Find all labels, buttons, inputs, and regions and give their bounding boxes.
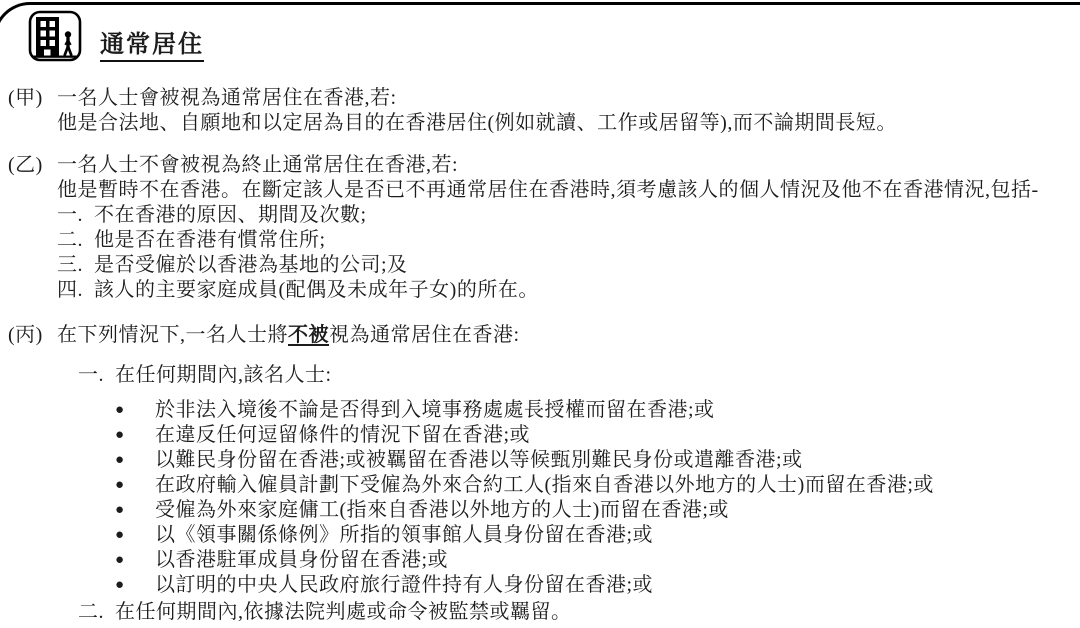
list-item-text: 在任何期間內,依據法院判處或命令被監禁或羈留。	[115, 600, 572, 625]
section-c-text-suffix: 視為通常居住在香港:	[329, 324, 520, 346]
list-item-text: 該人的主要家庭成員(配偶及未成年子女)的所在。	[94, 278, 539, 303]
bullet-text: 以香港駐軍成員身份留在香港;或	[155, 548, 448, 573]
section-a: (甲) 一名人士會被視為通常居住在香港,若: 他是合法地、自願地和以定居為目的在…	[0, 86, 1080, 136]
bullet-icon: ●	[115, 398, 155, 423]
header: 通常居住	[28, 10, 1080, 62]
section-a-label: (甲)	[8, 86, 57, 136]
bullet-item: ● 受僱為外來家庭傭工(指來自香港以外地方的人士)而留在香港;或	[115, 498, 1080, 523]
list-item-text: 是否受僱於以香港為基地的公司;及	[94, 253, 408, 278]
page-title: 通常居住	[100, 33, 204, 62]
list-item: 二. 在任何期間內,依據法院判處或命令被監禁或羈留。	[78, 600, 1080, 625]
bullet-icon: ●	[115, 498, 155, 523]
section-c-emphasis: 不被	[288, 324, 329, 346]
list-item-number: 一.	[57, 203, 94, 228]
bullet-item: ● 以《領事關係條例》所指的領事館人員身份留在香港;或	[115, 523, 1080, 548]
bullet-item: ● 在違反任何逗留條件的情況下留在香港;或	[115, 423, 1080, 448]
section-b-label: (乙)	[8, 153, 57, 303]
list-item-number: 三.	[57, 253, 94, 278]
bullet-text: 於非法入境後不論是否得到入境事務處處長授權而留在香港;或	[155, 398, 715, 423]
bullet-icon: ●	[115, 548, 155, 573]
list-item-number: 四.	[57, 278, 94, 303]
building-person-icon	[28, 10, 82, 62]
list-item: 二. 他是否在香港有慣常住所;	[57, 228, 1080, 253]
bullet-text: 以訂明的中央人民政府旅行證件持有人身份留在香港;或	[155, 573, 653, 598]
bullet-item: ● 以香港駐軍成員身份留在香港;或	[115, 548, 1080, 573]
list-item-number: 二.	[57, 228, 94, 253]
bullet-text: 以難民身份留在香港;或被羈留在香港以等候甄別難民身份或遣離香港;或	[155, 448, 803, 473]
bullet-item: ● 在政府輸入僱員計劃下受僱為外來合約工人(指來自香港以外地方的人士)而留在香港…	[115, 473, 1080, 498]
bullet-item: ● 以難民身份留在香港;或被羈留在香港以等候甄別難民身份或遣離香港;或	[115, 448, 1080, 473]
bullet-icon: ●	[115, 473, 155, 498]
list-item: 三. 是否受僱於以香港為基地的公司;及	[57, 253, 1080, 278]
bullet-text: 在違反任何逗留條件的情況下留在香港;或	[155, 423, 530, 448]
section-c-text-prefix: 在下列情況下,一名人士將	[57, 324, 288, 346]
list-item-text: 在任何期間內,該名人士:	[115, 363, 332, 388]
list-item-text: 不在香港的原因、期間及次數;	[94, 203, 367, 228]
section-a-line-1: 一名人士會被視為通常居住在香港,若:	[57, 86, 1080, 111]
section-c-line-1: 在下列情況下,一名人士將不被視為通常居住在香港:	[57, 323, 1080, 348]
bullet-text: 受僱為外來家庭傭工(指來自香港以外地方的人士)而留在香港;或	[155, 498, 729, 523]
bullet-item: ● 於非法入境後不論是否得到入境事務處處長授權而留在香港;或	[115, 398, 1080, 423]
bullet-icon: ●	[115, 448, 155, 473]
bullet-icon: ●	[115, 423, 155, 448]
bullet-icon: ●	[115, 573, 155, 598]
section-c-label: (丙)	[8, 323, 57, 625]
bullet-item: ● 以訂明的中央人民政府旅行證件持有人身份留在香港;或	[115, 573, 1080, 598]
list-item-number: 一.	[78, 363, 115, 388]
section-b-line-1: 一名人士不會被視為終止通常居住在香港,若:	[57, 153, 1080, 178]
list-item: 一. 在任何期間內,該名人士:	[78, 363, 1080, 388]
list-item: 四. 該人的主要家庭成員(配偶及未成年子女)的所在。	[57, 278, 1080, 303]
bullet-icon: ●	[115, 523, 155, 548]
list-item: 一. 不在香港的原因、期間及次數;	[57, 203, 1080, 228]
section-a-line-2: 他是合法地、自願地和以定居為目的在香港居住(例如就讀、工作或居留等),而不論期間…	[57, 111, 1080, 136]
section-c: (丙) 在下列情況下,一名人士將不被視為通常居住在香港: 一. 在任何期間內,該…	[0, 323, 1080, 625]
list-item-number: 二.	[78, 600, 115, 625]
section-b-line-2: 他是暫時不在香港。在斷定該人是否已不再通常居住在香港時,須考慮該人的個人情況及他…	[57, 178, 1080, 203]
section-b: (乙) 一名人士不會被視為終止通常居住在香港,若: 他是暫時不在香港。在斷定該人…	[0, 153, 1080, 303]
list-item-text: 他是否在香港有慣常住所;	[94, 228, 326, 253]
bullet-list: ● 於非法入境後不論是否得到入境事務處處長授權而留在香港;或 ● 在違反任何逗留…	[57, 398, 1080, 598]
bullet-text: 在政府輸入僱員計劃下受僱為外來合約工人(指來自香港以外地方的人士)而留在香港;或	[155, 473, 934, 498]
bullet-text: 以《領事關係條例》所指的領事館人員身份留在香港;或	[155, 523, 653, 548]
